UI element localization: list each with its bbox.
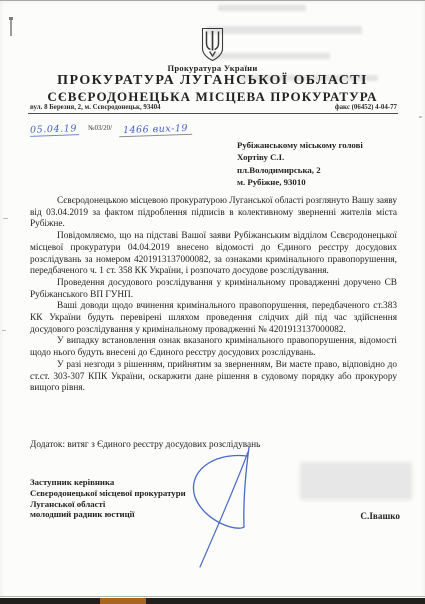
letterhead-address: вул. 8 Березня, 2, м. Сєвєродонецьк, 934… <box>30 104 161 111</box>
scan-edge-line <box>0 0 425 1</box>
signatory-position-line: Луганської області <box>30 499 270 510</box>
letter-body: Сєвєродонецькою місцевою прокуратурою Лу… <box>30 196 397 395</box>
body-paragraph: У випадку встановлення ознак вказаного к… <box>30 336 397 359</box>
letterhead-rule <box>28 113 398 114</box>
handwritten-date: 05.04.19 <box>30 123 79 137</box>
reference-line: 05.04.19 №03/20/ 1466 вих-19 <box>30 119 192 135</box>
letterhead-country-line: Прокуратура України <box>0 63 425 73</box>
attachment-line: Додаток: витяг з Єдиного реєстру досудов… <box>30 440 397 450</box>
bleedthrough-mark <box>206 26 362 34</box>
addressee-line: Рубіжанському міському голові <box>237 139 402 151</box>
signatory-position-line: Заступник керівника <box>30 477 270 488</box>
body-paragraph: Сєвєродонецькою місцевою прокуратурою Лу… <box>30 196 397 231</box>
signatory-position-line: Сєвєродонецької місцевої прокуратури <box>30 488 270 499</box>
letterhead-org-name: ПРОКУРАТУРА ЛУГАНСЬКОЇ ОБЛАСТІ <box>0 73 425 89</box>
scan-bottom-bar <box>0 598 425 604</box>
bleedthrough-mark <box>218 5 306 11</box>
body-paragraph: Ваші доводи щодо вчинення кримінального … <box>30 301 397 336</box>
scan-bottom-bar-accent <box>100 598 146 604</box>
reference-number-prefix: №03/20/ <box>88 125 112 132</box>
letterhead-office-name: СЄВЄРОДОНЕЦЬКА МІСЦЕВА ПРОКУРАТУРА <box>0 89 425 105</box>
addressee-block: Рубіжанському міському голові Хортіву С.… <box>237 139 402 189</box>
scan-bottom-edge <box>0 596 425 597</box>
scanned-letter-page: Прокуратура України ПРОКУРАТУРА ЛУГАНСЬК… <box>0 0 425 604</box>
letterhead-fax: факс (06452) 4-04-77 <box>335 104 397 111</box>
body-paragraph: Повідомляємо, що на підставі Вашої заяви… <box>30 231 397 278</box>
bleedthrough-mark <box>212 53 330 59</box>
signatory-position-block: Заступник керівника Сєвєродонецької місц… <box>30 477 270 520</box>
scan-speck <box>419 116 422 118</box>
addressee-line: пл.Володимирська, 2 <box>237 164 402 176</box>
addressee-line: Хортіву С.І. <box>237 151 402 163</box>
body-paragraph: У разі незгоди з рішенням, прийнятим за … <box>30 360 397 395</box>
ukraine-trident-emblem <box>199 27 226 62</box>
body-paragraph: Проведення досудового розслідування у кр… <box>30 278 397 301</box>
fold-mark <box>10 17 12 36</box>
bleedthrough-stamp <box>300 462 412 500</box>
signatory-name: С.Івашко <box>330 511 400 521</box>
scan-speck <box>3 218 8 219</box>
addressee-line: м. Рубіжне, 93010 <box>237 176 402 188</box>
signatory-position-line: молодший радник юстиції <box>30 509 270 520</box>
handwritten-outgoing-number: 1466 вих-19 <box>119 123 192 138</box>
scan-speck <box>2 330 6 331</box>
